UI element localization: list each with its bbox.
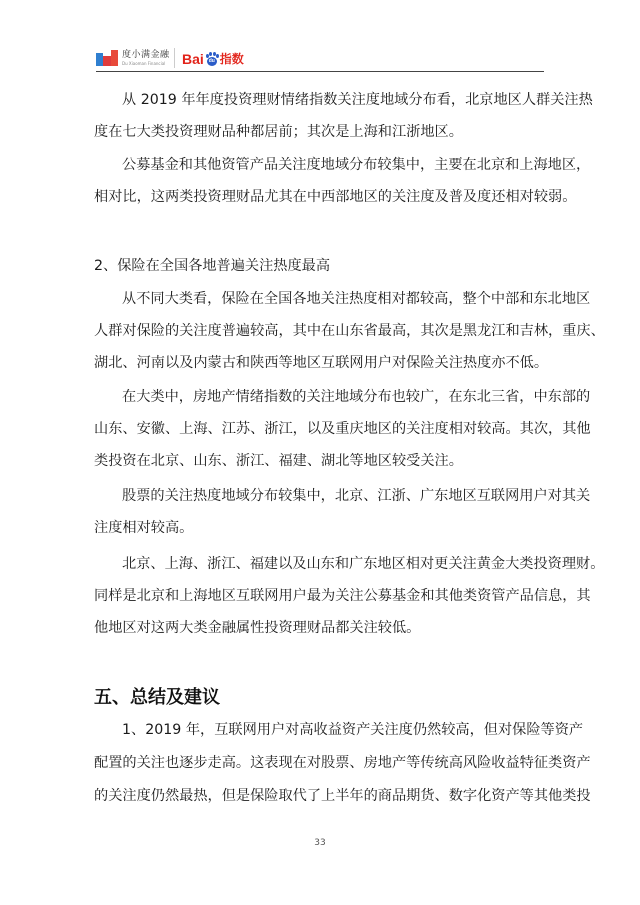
paragraph-line: 类投资在北京、山东、浙江、福建、湖北等地区较受关注。 bbox=[94, 450, 463, 470]
logo-divider bbox=[174, 48, 175, 68]
baidu-paw-icon: du bbox=[205, 52, 219, 66]
paragraph-line: 湖北、河南以及内蒙古和陕西等地区互联网用户对保险关注热度亦不低。 bbox=[94, 352, 548, 372]
du-xiaoman-logo-subtext: Du Xiaoman Financial bbox=[122, 62, 170, 66]
section-heading: 五、总结及建议 bbox=[94, 683, 220, 709]
header-divider bbox=[96, 71, 544, 72]
page-header: 度小满金融 Du Xiaoman Financial Bai du 指数 bbox=[96, 46, 544, 72]
paragraph-line: 北京、上海、浙江、福建以及山东和广东地区相对更关注黄金大类投资理财。 bbox=[122, 553, 604, 573]
paragraph-line: 配置的关注也逐步走高。这表现在对股票、房地产等传统高风险收益特征类资产 bbox=[94, 752, 591, 772]
du-xiaoman-logo-icon bbox=[96, 50, 118, 66]
paragraph-line: 他地区对这两大类金融属性投资理财品都关注较低。 bbox=[94, 617, 420, 637]
paragraph-line: 度在七大类投资理财品种都居前；其次是上海和江浙地区。 bbox=[94, 121, 463, 141]
paragraph-line: 山东、安徽、上海、江苏、浙江，以及重庆地区的关注度相对较高。其次，其他 bbox=[94, 418, 591, 438]
baidu-index-logo: Bai du 指数 bbox=[182, 50, 244, 67]
paragraph-line: 股票的关注热度地域分布较集中，北京、江浙、广东地区互联网用户对其关 bbox=[122, 485, 590, 505]
paragraph-line: 人群对保险的关注度普遍较高，其中在山东省最高，其次是黑龙江和吉林，重庆、 bbox=[94, 320, 605, 340]
du-xiaoman-logo: 度小满金融 Du Xiaoman Financial bbox=[96, 48, 170, 68]
paragraph-line: 公募基金和其他资管产品关注度地域分布较集中，主要在北京和上海地区， bbox=[122, 154, 590, 174]
paragraph-line: 1、2019 年，互联网用户对高收益资产关注度仍然较高，但对保险等资产 bbox=[122, 719, 583, 739]
paragraph-line: 从 2019 年年度投资理财情绪指数关注度地域分布看，北京地区人群关注热 bbox=[122, 89, 593, 109]
paragraph-line: 同样是北京和上海地区互联网用户最为关注公募基金和其他类资管产品信息，其 bbox=[94, 585, 591, 605]
paragraph-line: 的关注度仍然最热，但是保险取代了上半年的商品期货、数字化资产等其他类投 bbox=[94, 785, 591, 805]
baidu-logo-text: Bai bbox=[182, 51, 204, 67]
paragraph-line: 从不同大类看，保险在全国各地关注热度相对都较高，整个中部和东北地区 bbox=[122, 288, 590, 308]
paragraph-line: 在大类中，房地产情绪指数的关注地域分布也较广，在东北三省，中东部的 bbox=[122, 386, 590, 406]
du-xiaoman-logo-text: 度小满金融 bbox=[122, 51, 170, 60]
page-number: 33 bbox=[0, 838, 640, 848]
paragraph-line: 注度相对较高。 bbox=[94, 517, 193, 537]
baidu-index-text: 指数 bbox=[220, 50, 244, 67]
paragraph-line: 相对比，这两类投资理财品尤其在中西部地区的关注度及普及度还相对较弱。 bbox=[94, 186, 576, 206]
subheading: 2、保险在全国各地普遍关注热度最高 bbox=[94, 255, 330, 275]
